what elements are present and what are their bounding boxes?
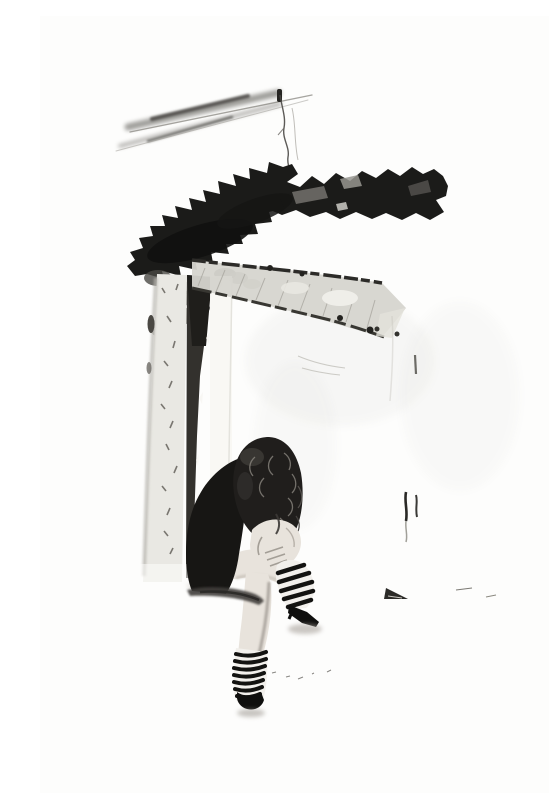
jamb-dark-fleck	[147, 362, 152, 374]
wall-drip-crack-1-tail	[406, 521, 407, 542]
wall-drip-crack-1	[405, 492, 406, 521]
lintel-tail-speck	[375, 327, 380, 332]
lintel-speck	[367, 327, 374, 334]
jamb-base-fade	[138, 564, 190, 588]
lintel-speck	[300, 272, 305, 277]
crossed-shoe-shadow	[288, 624, 322, 634]
hair-highlight	[240, 448, 264, 466]
wall-dash-vertical	[415, 355, 416, 374]
lintel-light-patch	[281, 282, 309, 294]
hair-highlight	[237, 472, 253, 500]
lintel-light-patch	[322, 290, 358, 306]
lintel-tail-speck	[395, 332, 400, 337]
photograph-woman-in-ruined-doorway	[40, 16, 549, 793]
jamb-dark-fleck	[148, 315, 155, 333]
lintel-speck	[337, 315, 343, 321]
foot-shadow	[237, 709, 265, 717]
wall-tone-patch	[400, 301, 520, 491]
photo-canvas	[40, 16, 549, 793]
wall-drip-crack-2	[416, 495, 417, 517]
lintel-speck	[267, 265, 273, 271]
